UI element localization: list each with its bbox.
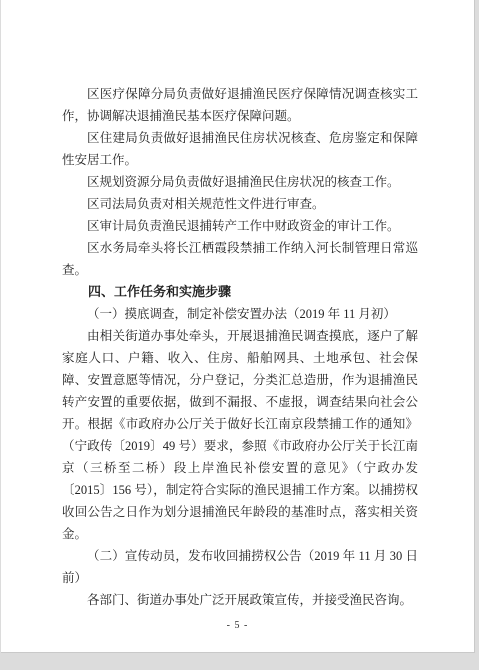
body-paragraph: 区住建局负责做好退捕渔民住房状况核查、危房鉴定和保障性安居工作。 xyxy=(62,127,418,171)
page-number: - 5 - xyxy=(1,620,474,631)
body-paragraph: 区水务局牵头将长江栖霞段禁捕工作纳入河长制管理日常巡查。 xyxy=(62,237,418,281)
body-paragraph: 区规划资源分局负责做好退捕渔民住房状况的核查工作。 xyxy=(62,171,418,193)
body-paragraph: 区司法局负责对相关规范性文件进行审查。 xyxy=(62,193,418,215)
body-paragraph: 各部门、街道办事处广泛开展政策宣传，并接受渔民咨询。 xyxy=(62,589,418,611)
document-viewer-background: 区医疗保障分局负责做好退捕渔民医疗保障情况调查核实工作，协调解决退捕渔民基本医疗… xyxy=(0,0,479,670)
document-page: 区医疗保障分局负责做好退捕渔民医疗保障情况调查核实工作，协调解决退捕渔民基本医疗… xyxy=(1,0,475,653)
subsection-heading: （二）宣传动员，发布收回捕捞权公告（2019 年 11 月 30 日前） xyxy=(62,545,418,589)
section-heading: 四、工作任务和实施步骤 xyxy=(62,281,418,303)
body-paragraph: 区审计局负责渔民退捕转产工作中财政资金的审计工作。 xyxy=(62,215,418,237)
page-body: 区医疗保障分局负责做好退捕渔民医疗保障情况调查核实工作，协调解决退捕渔民基本医疗… xyxy=(62,83,418,611)
subsection-heading: （一）摸底调查，制定补偿安置办法（2019 年 11 月初） xyxy=(62,303,418,325)
body-paragraph: 区医疗保障分局负责做好退捕渔民医疗保障情况调查核实工作，协调解决退捕渔民基本医疗… xyxy=(62,83,418,127)
body-paragraph: 由相关街道办事处牵头，开展退捕渔民调查摸底，逐户了解家庭人口、户籍、收入、住房、… xyxy=(62,325,418,545)
